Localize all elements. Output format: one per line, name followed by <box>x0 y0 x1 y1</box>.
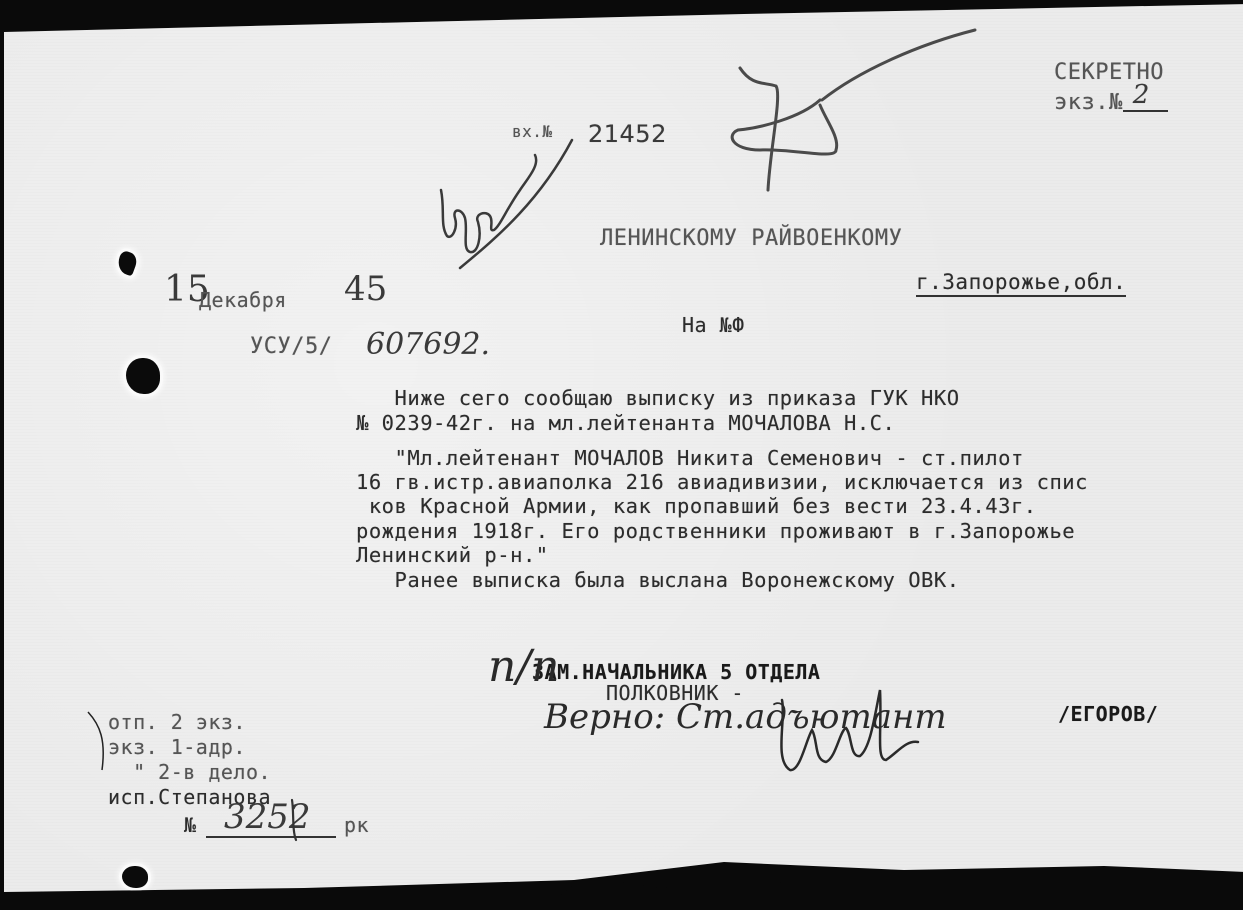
addressee-line2: г.Запорожье,обл. <box>916 272 1126 297</box>
copy-number: 2 <box>1123 80 1168 112</box>
outgoing-reference: УСУ/5/ <box>250 336 332 358</box>
signature-title-line1: ЗАМ.НАЧАЛЬНИКА 5 ОТДЕЛА <box>532 662 820 682</box>
punch-hole-top <box>115 250 139 277</box>
footer-line-1: отп. 2 экз. <box>108 712 246 732</box>
body-line-6: рождения 1918г. Его родственники прожива… <box>356 521 1075 542</box>
body-line-1: Ниже сего сообщаю выписку из приказа ГУК… <box>356 388 960 409</box>
body-line-7: Ленинский р-н." <box>356 545 549 566</box>
torn-bottom-edge <box>0 860 1243 910</box>
punch-hole-middle <box>126 358 160 394</box>
footer-line-2: экз. 1-адр. <box>108 737 246 757</box>
footer-line-3: " 2-в дело. <box>108 762 271 782</box>
registration-prefix: № <box>184 815 197 835</box>
body-line-3: "Мл.лейтенант МОЧАЛОВ Никита Семенович -… <box>356 448 1024 469</box>
date-month: Декабря <box>199 290 287 310</box>
addressee-line1: ЛЕНИНСКОМУ РАЙВОЕНКОМУ <box>600 228 902 250</box>
incoming-number: 21452 <box>588 122 667 146</box>
handwritten-pp: п/п <box>488 645 560 689</box>
scanned-document: СЕКРЕТНО экз.№2 вх.№ 21452 ЛЕНИНСКОМУ РА… <box>0 0 1243 910</box>
registration-number: 3252 <box>206 800 336 838</box>
body-line-2: № 0239-42г. на мл.лейтенанта МОЧАЛОВА Н.… <box>356 413 895 434</box>
copy-number-line: экз.№2 <box>1054 88 1168 114</box>
signer-name: /ЕГОРОВ/ <box>1058 704 1158 724</box>
copy-prefix: экз.№ <box>1054 90 1123 115</box>
handwritten-reference-number: 607692. <box>366 330 490 360</box>
paper-sheet: СЕКРЕТНО экз.№2 вх.№ 21452 ЛЕНИНСКОМУ РА… <box>4 0 1243 910</box>
registration-suffix: рк <box>344 815 369 835</box>
body-line-8: Ранее выписка была выслана Воронежскому … <box>356 570 960 591</box>
handwritten-verification: Верно: Ст.адъютант <box>544 700 947 734</box>
body-line-5: ков Красной Армии, как пропавший без вес… <box>356 496 1037 517</box>
incoming-label: вх.№ <box>512 124 553 140</box>
handwritten-date-year: 45 <box>344 272 387 306</box>
body-line-4: 16 гв.истр.авиаполка 216 авиадивизии, ис… <box>356 472 1088 493</box>
reply-reference: На №Ф <box>682 315 745 335</box>
